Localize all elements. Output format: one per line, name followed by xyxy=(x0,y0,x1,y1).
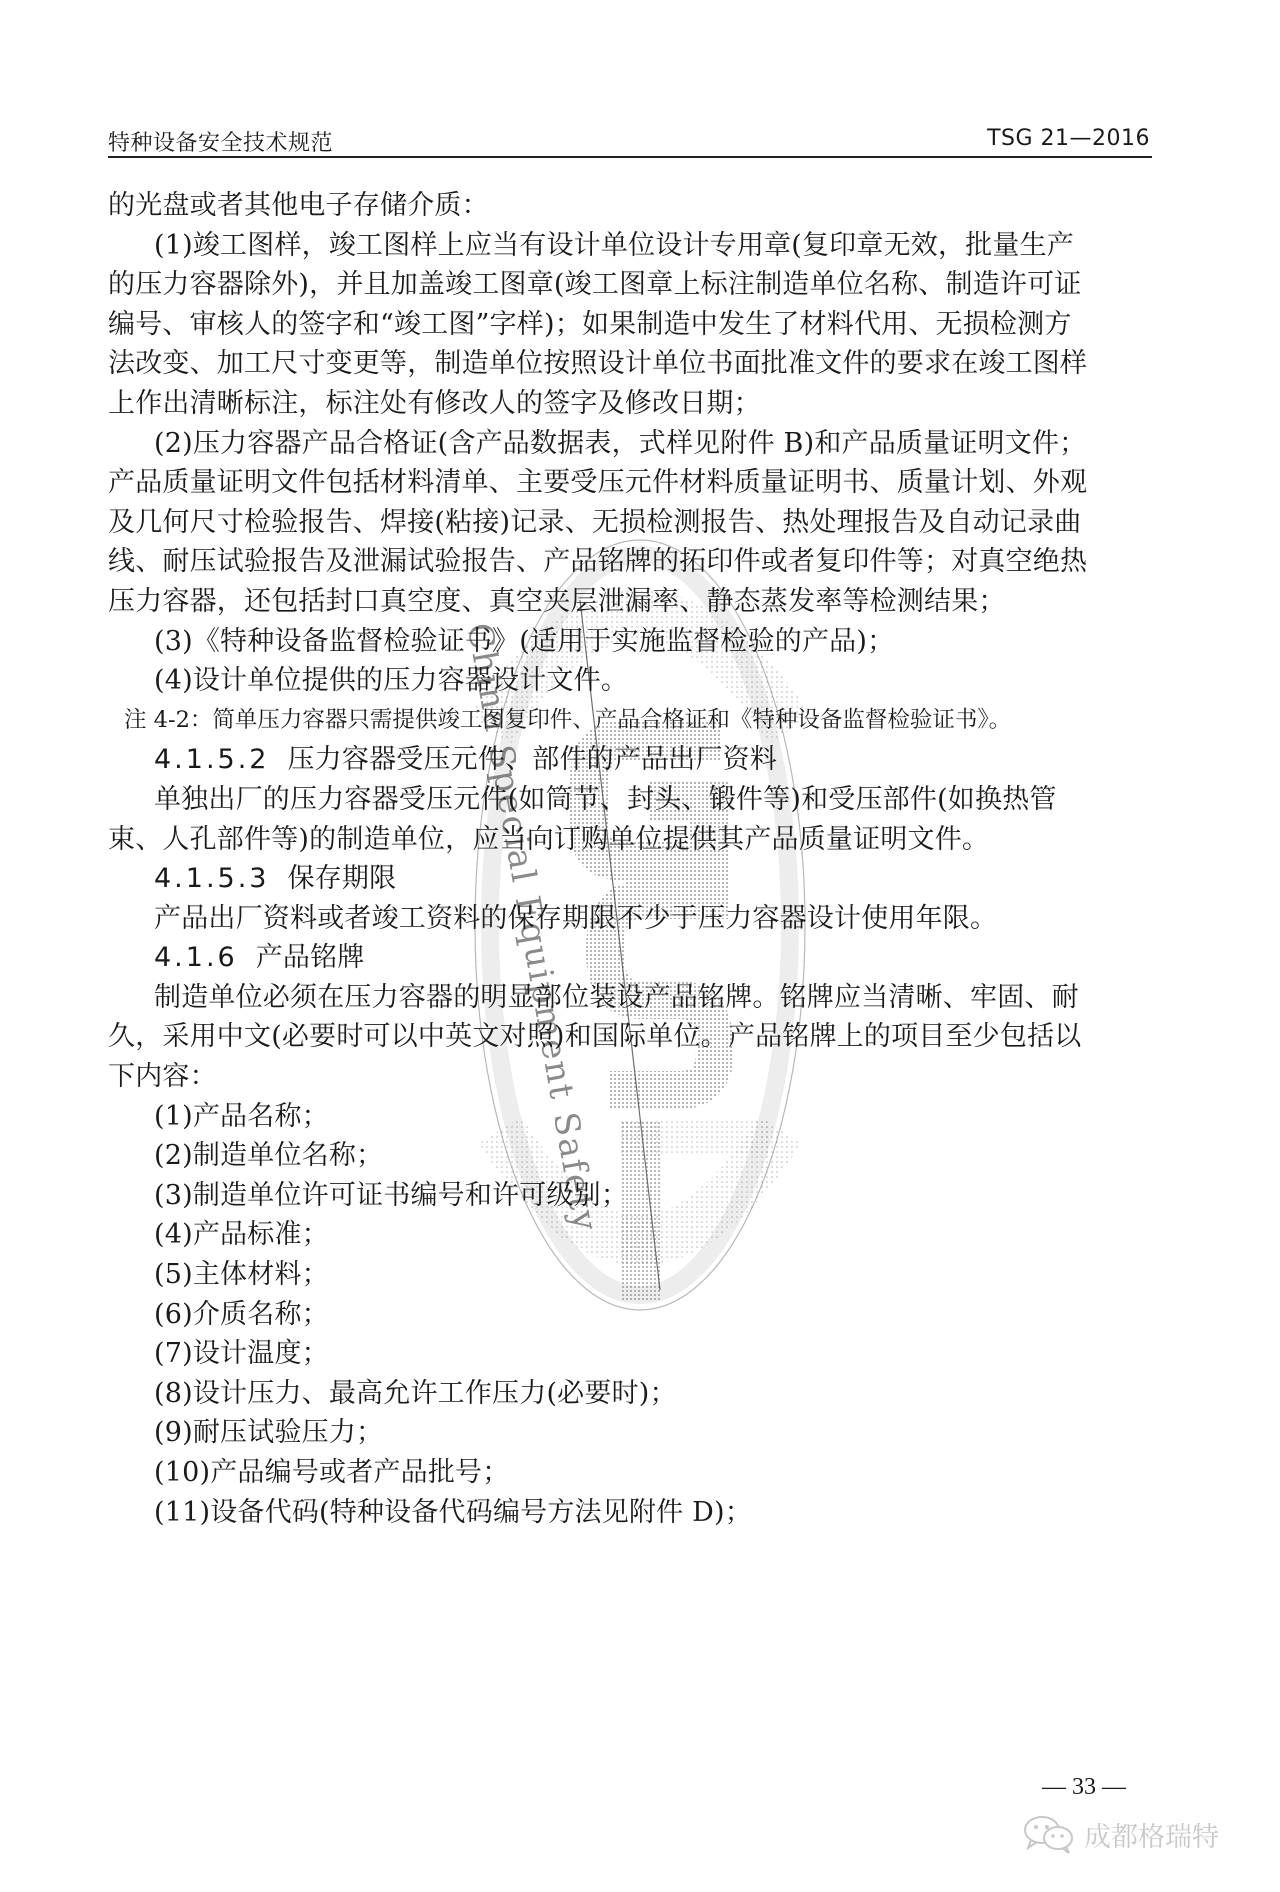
text-line: 产品质量证明文件包括材料清单、主要受压元件材料质量证明书、质量计划、外观 xyxy=(108,463,1152,503)
nameplate-item: (1)产品名称； xyxy=(108,1097,1152,1137)
section-heading-4152: 4.1.5.2压力容器受压元件、部件的产品出厂资料 xyxy=(108,740,1152,780)
nameplate-item: (8)设计压力、最高允许工作压力(必要时)； xyxy=(108,1374,1152,1414)
brand-watermark: 成都格瑞特 xyxy=(1022,1814,1219,1854)
document-body: 的光盘或者其他电子存储介质： (1)竣工图样，竣工图样上应当有设计单位设计专用章… xyxy=(108,186,1152,1532)
header-title: 特种设备安全技术规范 xyxy=(108,126,333,157)
text-line: 下内容： xyxy=(108,1057,1152,1097)
text-line: 线、耐压试验报告及泄漏试验报告、产品铭牌的拓印件或者复印件等；对真空绝热 xyxy=(108,542,1152,582)
list-item: (1)竣工图样，竣工图样上应当有设计单位设计专用章(复印章无效，批量生产 xyxy=(108,226,1152,266)
nameplate-item: (5)主体材料； xyxy=(108,1255,1152,1295)
wechat-icon xyxy=(1022,1814,1076,1854)
section-heading-416: 4.1.6产品铭牌 xyxy=(108,938,1152,978)
section-title: 产品铭牌 xyxy=(256,942,365,973)
section-title: 保存期限 xyxy=(287,863,396,894)
nameplate-item: (6)介质名称； xyxy=(108,1295,1152,1335)
text-line: 法改变、加工尺寸变更等，制造单位按照设计单位书面批准文件的要求在竣工图样 xyxy=(108,344,1152,384)
text-line: 压力容器，还包括封口真空度、真空夹层泄漏率、静态蒸发率等检测结果； xyxy=(108,582,1152,622)
nameplate-item: (4)产品标准； xyxy=(108,1215,1152,1255)
text-line: 产品出厂资料或者竣工资料的保存期限不少于压力容器设计使用年限。 xyxy=(108,899,1152,939)
note-4-2: 注 4-2：简单压力容器只需提供竣工图复印件、产品合格证和《特种设备监督检验证书… xyxy=(108,701,1152,741)
section-heading-4153: 4.1.5.3保存期限 xyxy=(108,859,1152,899)
nameplate-item: (11)设备代码(特种设备代码编号方法见附件 D)； xyxy=(108,1493,1152,1533)
text-line: 的压力容器除外)，并且加盖竣工图章(竣工图章上标注制造单位名称、制造许可证 xyxy=(108,265,1152,305)
document-page: 特种设备安全技术规范 TSG 21—2016 Ch xyxy=(0,0,1280,1892)
text-line: 上作出清晰标注，标注处有修改人的签字及修改日期； xyxy=(108,384,1152,424)
text-line: 编号、审核人的签字和“竣工图”字样)；如果制造中发生了材料代用、无损检测方 xyxy=(108,305,1152,345)
text-line: 单独出厂的压力容器受压元件(如筒节、封头、锻件等)和受压部件(如换热管 xyxy=(108,780,1152,820)
text-line: 及几何尺寸检验报告、焊接(粘接)记录、无损检测报告、热处理报告及自动记录曲 xyxy=(108,503,1152,543)
text-line: 束、人孔部件等)的制造单位，应当向订购单位提供其产品质量证明文件。 xyxy=(108,820,1152,860)
text-line: 久，采用中文(必要时可以中英文对照)和国际单位。产品铭牌上的项目至少包括以 xyxy=(108,1017,1152,1057)
section-number: 4.1.5.3 xyxy=(154,863,269,894)
section-number: 4.1.5.2 xyxy=(154,744,269,775)
header-code: TSG 21—2016 xyxy=(987,126,1150,151)
nameplate-item: (2)制造单位名称； xyxy=(108,1136,1152,1176)
nameplate-item: (9)耐压试验压力； xyxy=(108,1413,1152,1453)
section-number: 4.1.6 xyxy=(154,942,238,973)
nameplate-item: (7)设计温度； xyxy=(108,1334,1152,1374)
nameplate-item: (10)产品编号或者产品批号； xyxy=(108,1453,1152,1493)
page-number: — 33 — xyxy=(1042,1774,1126,1801)
page-header: 特种设备安全技术规范 TSG 21—2016 xyxy=(108,122,1152,158)
nameplate-item: (3)制造单位许可证书编号和许可级别； xyxy=(108,1176,1152,1216)
text-line: 的光盘或者其他电子存储介质： xyxy=(108,186,1152,226)
brand-name: 成都格瑞特 xyxy=(1084,1815,1219,1854)
section-title: 压力容器受压元件、部件的产品出厂资料 xyxy=(287,744,777,775)
list-item: (4)设计单位提供的压力容器设计文件。 xyxy=(108,661,1152,701)
list-item: (3)《特种设备监督检验证书》(适用于实施监督检验的产品)； xyxy=(108,622,1152,662)
text-line: 制造单位必须在压力容器的明显部位装设产品铭牌。铭牌应当清晰、牢固、耐 xyxy=(108,978,1152,1018)
list-item: (2)压力容器产品合格证(含产品数据表，式样见附件 B)和产品质量证明文件； xyxy=(108,424,1152,464)
